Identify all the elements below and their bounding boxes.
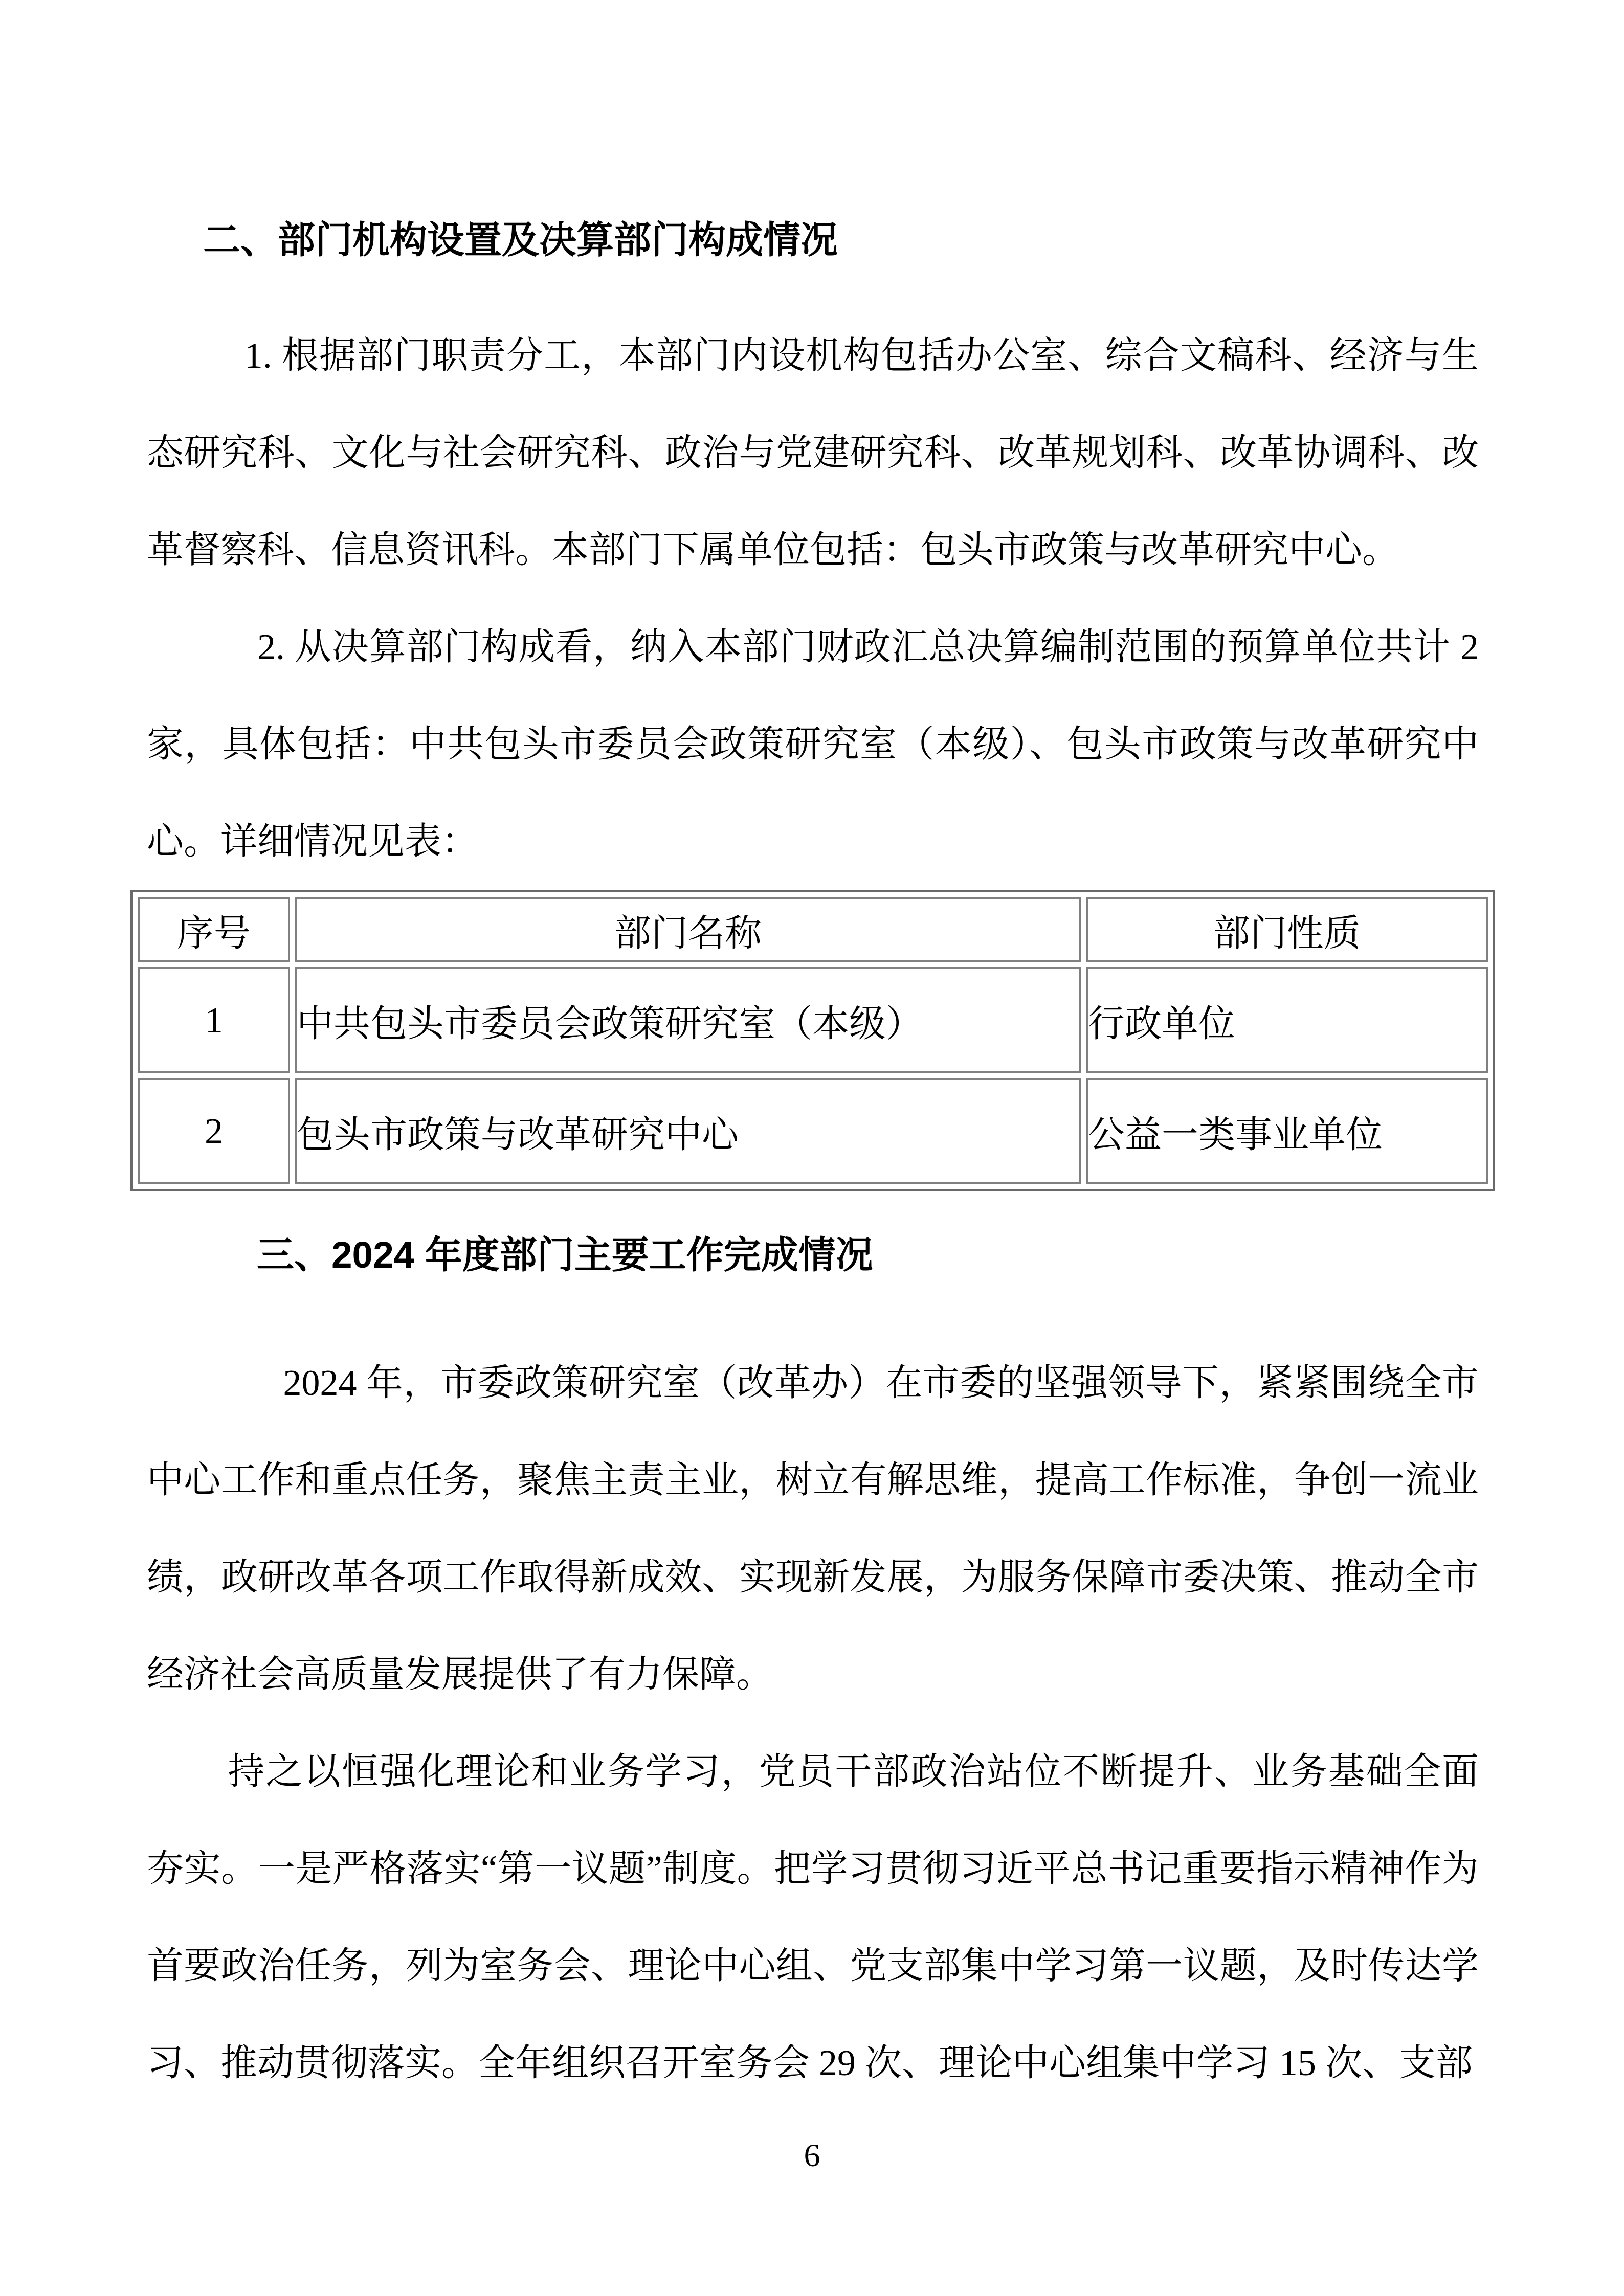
table-row: 1 中共包头市委员会政策研究室（本级） 行政单位: [138, 967, 1488, 1073]
section-2-heading: 二、部门机构设置及决算部门构成情况: [203, 220, 1479, 261]
cell-serial: 1: [138, 967, 290, 1073]
cell-department-name: 包头市政策与改革研究中心: [295, 1078, 1081, 1184]
section-3-paragraph-1: 2024 年，市委政策研究室（改革办）在市委的坚强领导下，紧紧围绕全市中心工作和…: [147, 1334, 1479, 1723]
table-row: 2 包头市政策与改革研究中心 公益一类事业单位: [138, 1078, 1488, 1184]
section-2-paragraph-1: 1. 根据部门职责分工，本部门内设机构包括办公室、综合文稿科、经济与生态研究科、…: [147, 307, 1479, 598]
document-page: 二、部门机构设置及决算部门构成情况 1. 根据部门职责分工，本部门内设机构包括办…: [0, 0, 1624, 2296]
column-header-department-name: 部门名称: [295, 897, 1081, 962]
departments-table: 序号 部门名称 部门性质 1 中共包头市委员会政策研究室（本级） 行政单位 2 …: [130, 890, 1495, 1191]
column-header-serial: 序号: [138, 897, 290, 962]
section-3-heading: 三、2024 年度部门主要工作完成情况: [257, 1235, 1479, 1276]
cell-department-name: 中共包头市委员会政策研究室（本级）: [295, 967, 1081, 1073]
column-header-department-type: 部门性质: [1086, 897, 1488, 962]
cell-serial: 2: [138, 1078, 290, 1184]
cell-department-type: 公益一类事业单位: [1086, 1078, 1488, 1184]
section-2-paragraph-2: 2. 从决算部门构成看，纳入本部门财政汇总决算编制范围的预算单位共计 2 家，具…: [147, 598, 1479, 890]
page-number: 6: [0, 2137, 1624, 2173]
document-content: 二、部门机构设置及决算部门构成情况 1. 根据部门职责分工，本部门内设机构包括办…: [147, 220, 1479, 2111]
table-header-row: 序号 部门名称 部门性质: [138, 897, 1488, 962]
cell-department-type: 行政单位: [1086, 967, 1488, 1073]
section-3-paragraph-2: 持之以恒强化理论和业务学习，党员干部政治站位不断提升、业务基础全面夯实。一是严格…: [147, 1723, 1479, 2111]
